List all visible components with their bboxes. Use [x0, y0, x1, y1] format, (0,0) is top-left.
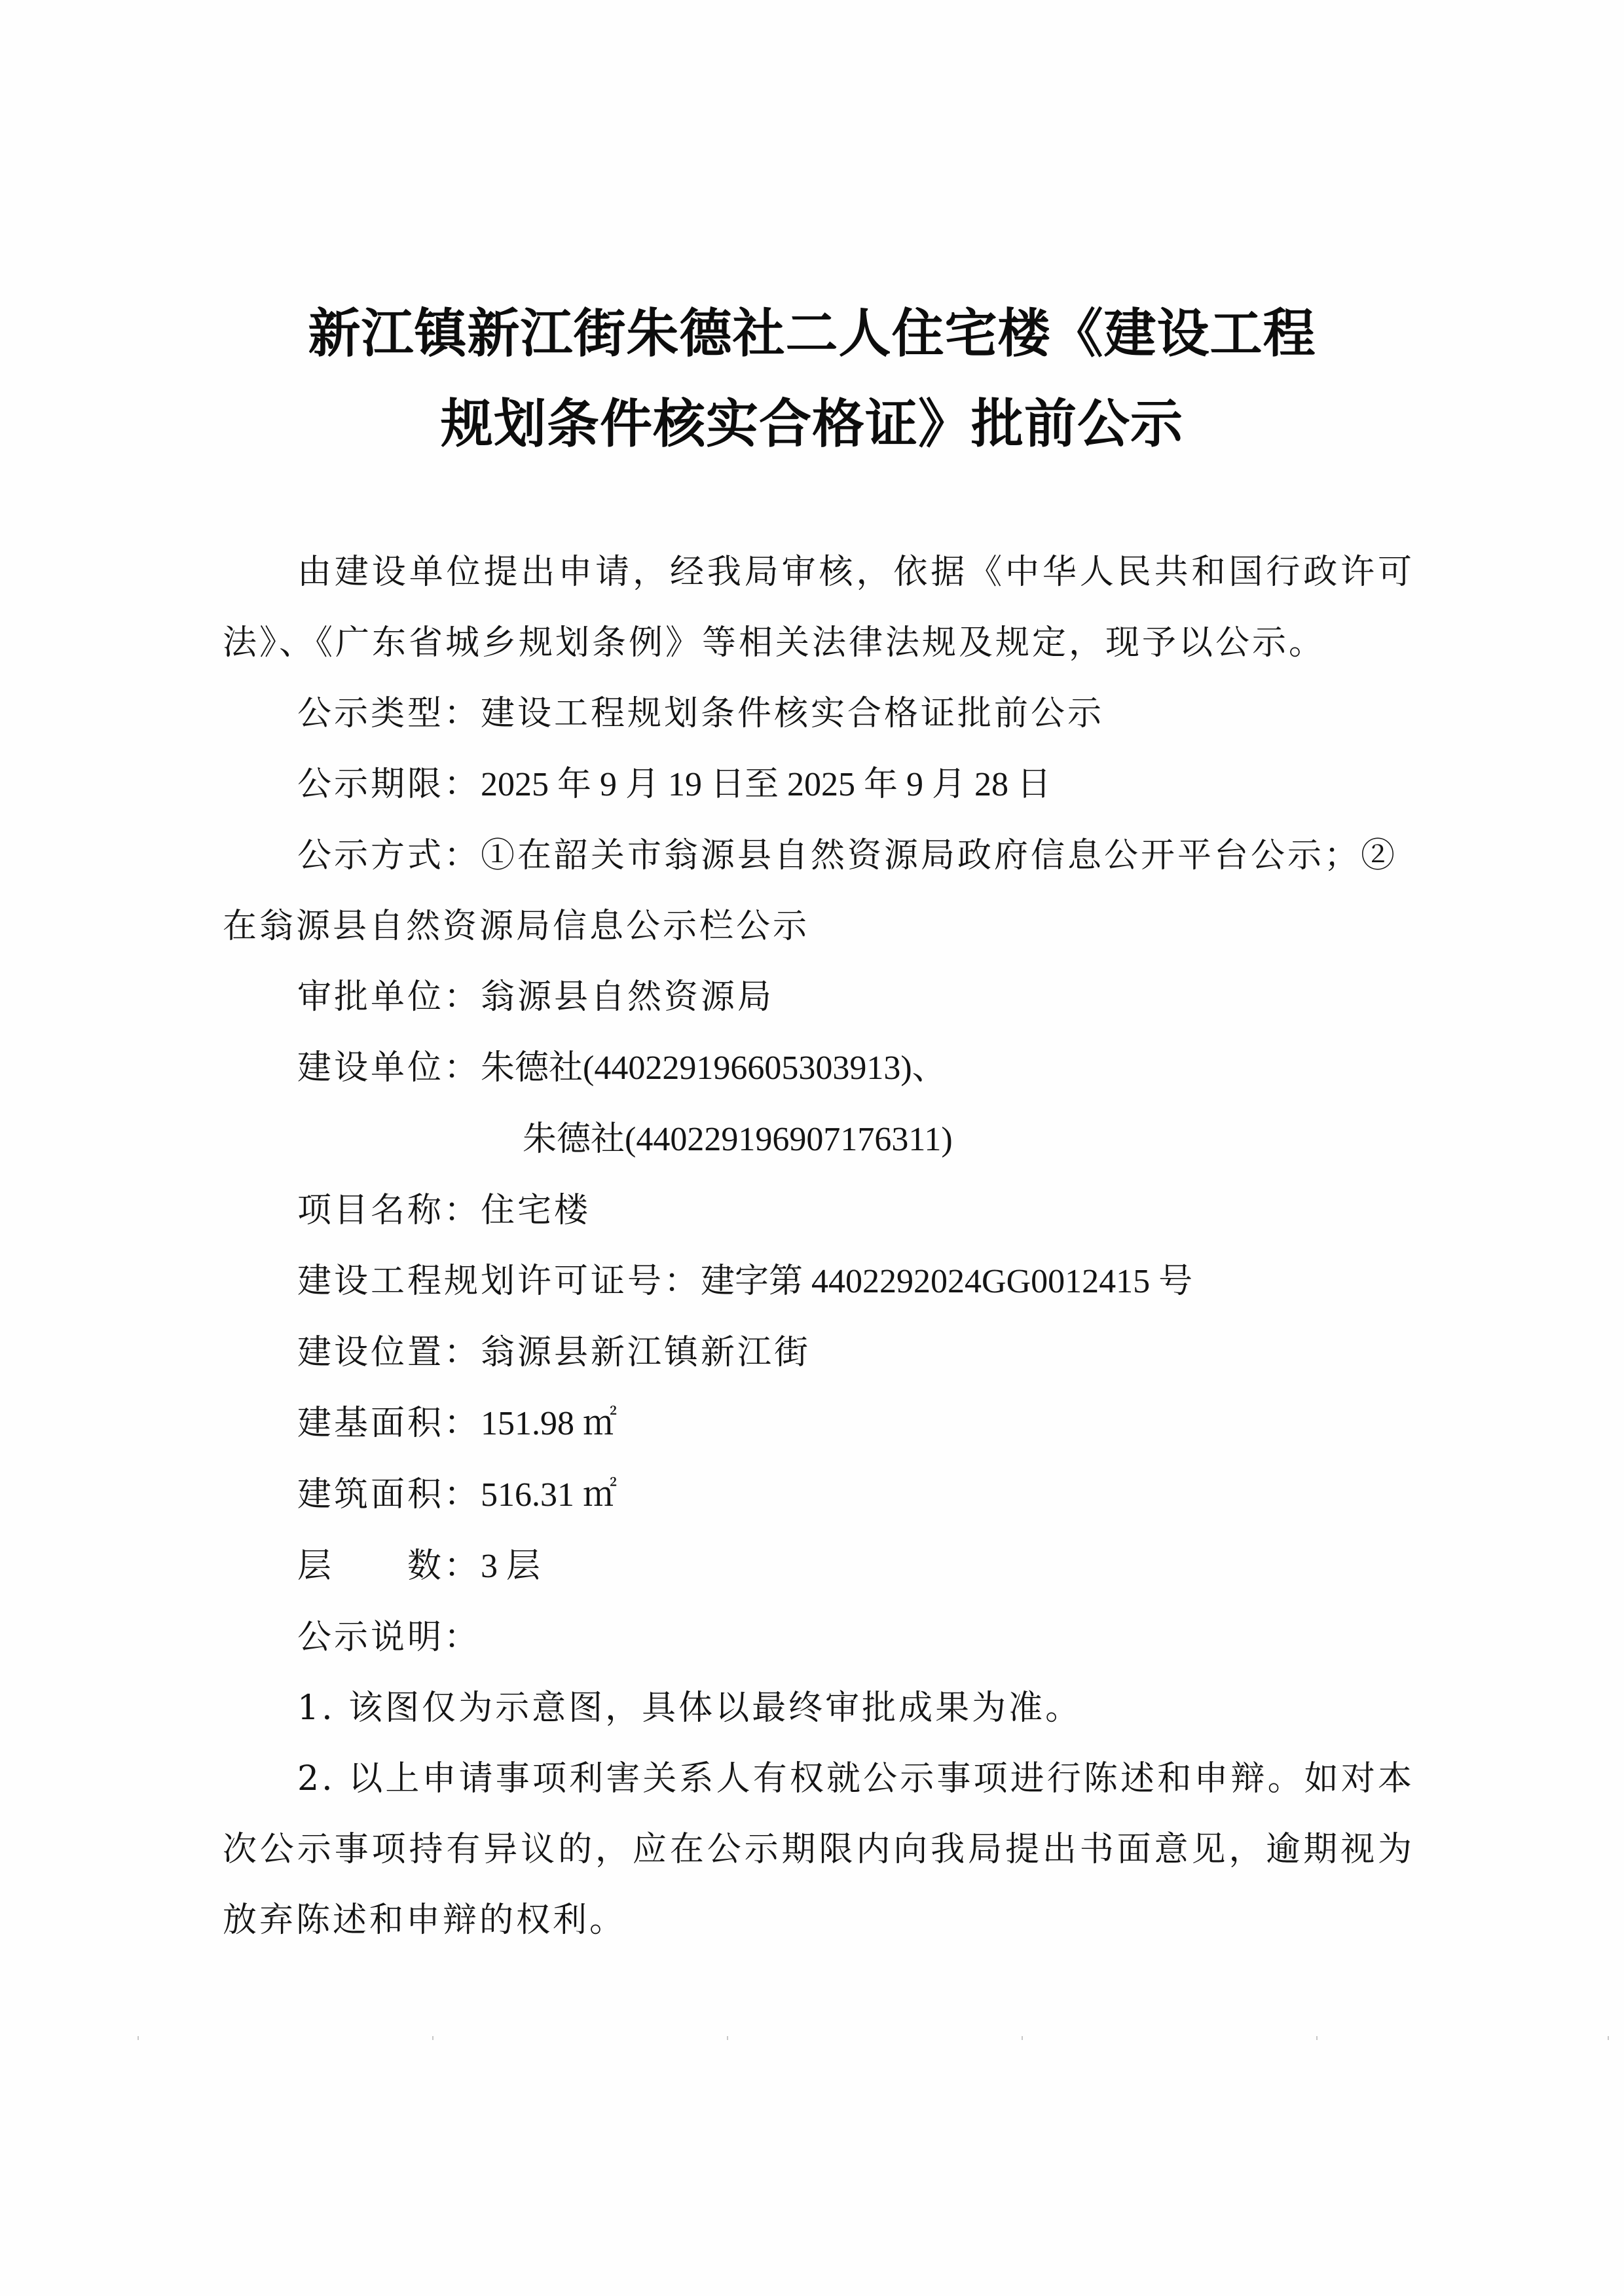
floors-value: 3 层 — [481, 1548, 540, 1585]
builder-value-1: 朱德社(440229196605303913)、 — [481, 1049, 946, 1087]
scan-artifact — [432, 2036, 434, 2040]
scan-artifact — [1316, 2036, 1318, 2040]
note-item-2: 2. 以上申请事项利害关系人有权就公示事项进行陈述和申辩。如对本次公示事项持有异… — [223, 1743, 1414, 1956]
notes-heading: 公示说明： — [223, 1602, 1414, 1673]
scan-artifact — [727, 2036, 728, 2040]
location-value: 翁源县新江镇新江街 — [481, 1333, 811, 1372]
base-area-label: 建基面积： — [297, 1404, 481, 1443]
notice-type-label: 公示类型： — [297, 694, 481, 733]
builder-label: 建设单位： — [297, 1048, 481, 1087]
project-name-value: 住宅楼 — [481, 1191, 591, 1230]
base-area-value: 151.98 ㎡ — [481, 1405, 617, 1442]
base-area-field: 建基面积：151.98 ㎡ — [223, 1388, 1414, 1459]
notice-type-value: 建设工程规划条件核实合格证批前公示 — [481, 694, 1104, 733]
notice-method-field: 公示方式：①在韶关市翁源县自然资源局政府信息公开平台公示；②在翁源县自然资源局信… — [223, 820, 1414, 962]
builder-value-2: 朱德社(440229196907176311) — [523, 1121, 953, 1158]
notice-method-label: 公示方式： — [297, 836, 481, 875]
document-page: 新江镇新江街朱德社二人住宅楼《建设工程 规划条件核实合格证》批前公示 由建设单位… — [0, 0, 1624, 2296]
notice-period-label: 公示期限： — [297, 765, 481, 804]
floors-label: 层 数： — [297, 1546, 481, 1586]
document-body: 由建设单位提出申请，经我局审核，依据《中华人民共和国行政许可法》、《广东省城乡规… — [223, 537, 1414, 1956]
scan-artifact — [1022, 2036, 1023, 2040]
document-title: 新江镇新江街朱德社二人住宅楼《建设工程 规划条件核实合格证》批前公示 — [216, 288, 1408, 469]
notice-period-field: 公示期限：2025 年 9 月 19 日至 2025 年 9 月 28 日 — [223, 749, 1414, 820]
intro-paragraph: 由建设单位提出申请，经我局审核，依据《中华人民共和国行政许可法》、《广东省城乡规… — [223, 537, 1414, 678]
approver-label: 审批单位： — [297, 977, 481, 1017]
title-line-2: 规划条件核实合格证》批前公示 — [216, 378, 1408, 469]
title-line-1: 新江镇新江街朱德社二人住宅楼《建设工程 — [216, 288, 1408, 378]
project-name-label: 项目名称： — [297, 1191, 481, 1230]
notice-type-field: 公示类型：建设工程规划条件核实合格证批前公示 — [223, 678, 1414, 749]
approver-value: 翁源县自然资源局 — [481, 977, 774, 1017]
scan-artifact — [138, 2036, 139, 2040]
floor-area-field: 建筑面积：516.31 ㎡ — [223, 1459, 1414, 1531]
floors-field: 层 数：3 层 — [223, 1531, 1414, 1602]
project-name-field: 项目名称：住宅楼 — [223, 1175, 1414, 1246]
floor-area-label: 建筑面积： — [297, 1475, 481, 1514]
location-field: 建设位置：翁源县新江镇新江街 — [223, 1317, 1414, 1388]
builder-continuation: 朱德社(440229196907176311) — [223, 1104, 1414, 1175]
approver-field: 审批单位：翁源县自然资源局 — [223, 962, 1414, 1032]
permit-number-field: 建设工程规划许可证号：建字第 4402292024GG0012415 号 — [223, 1246, 1414, 1317]
builder-field: 建设单位：朱德社(440229196605303913)、 — [223, 1032, 1414, 1104]
note-item-1: 1. 该图仅为示意图，具体以最终审批成果为准。 — [223, 1673, 1414, 1743]
permit-number-label: 建设工程规划许可证号： — [297, 1262, 701, 1301]
scan-artifact — [1608, 2036, 1609, 2040]
notice-period-value: 2025 年 9 月 19 日至 2025 年 9 月 28 日 — [481, 766, 1051, 803]
location-label: 建设位置： — [297, 1333, 481, 1372]
permit-number-value: 建字第 4402292024GG0012415 号 — [701, 1263, 1192, 1300]
floor-area-value: 516.31 ㎡ — [481, 1476, 617, 1514]
